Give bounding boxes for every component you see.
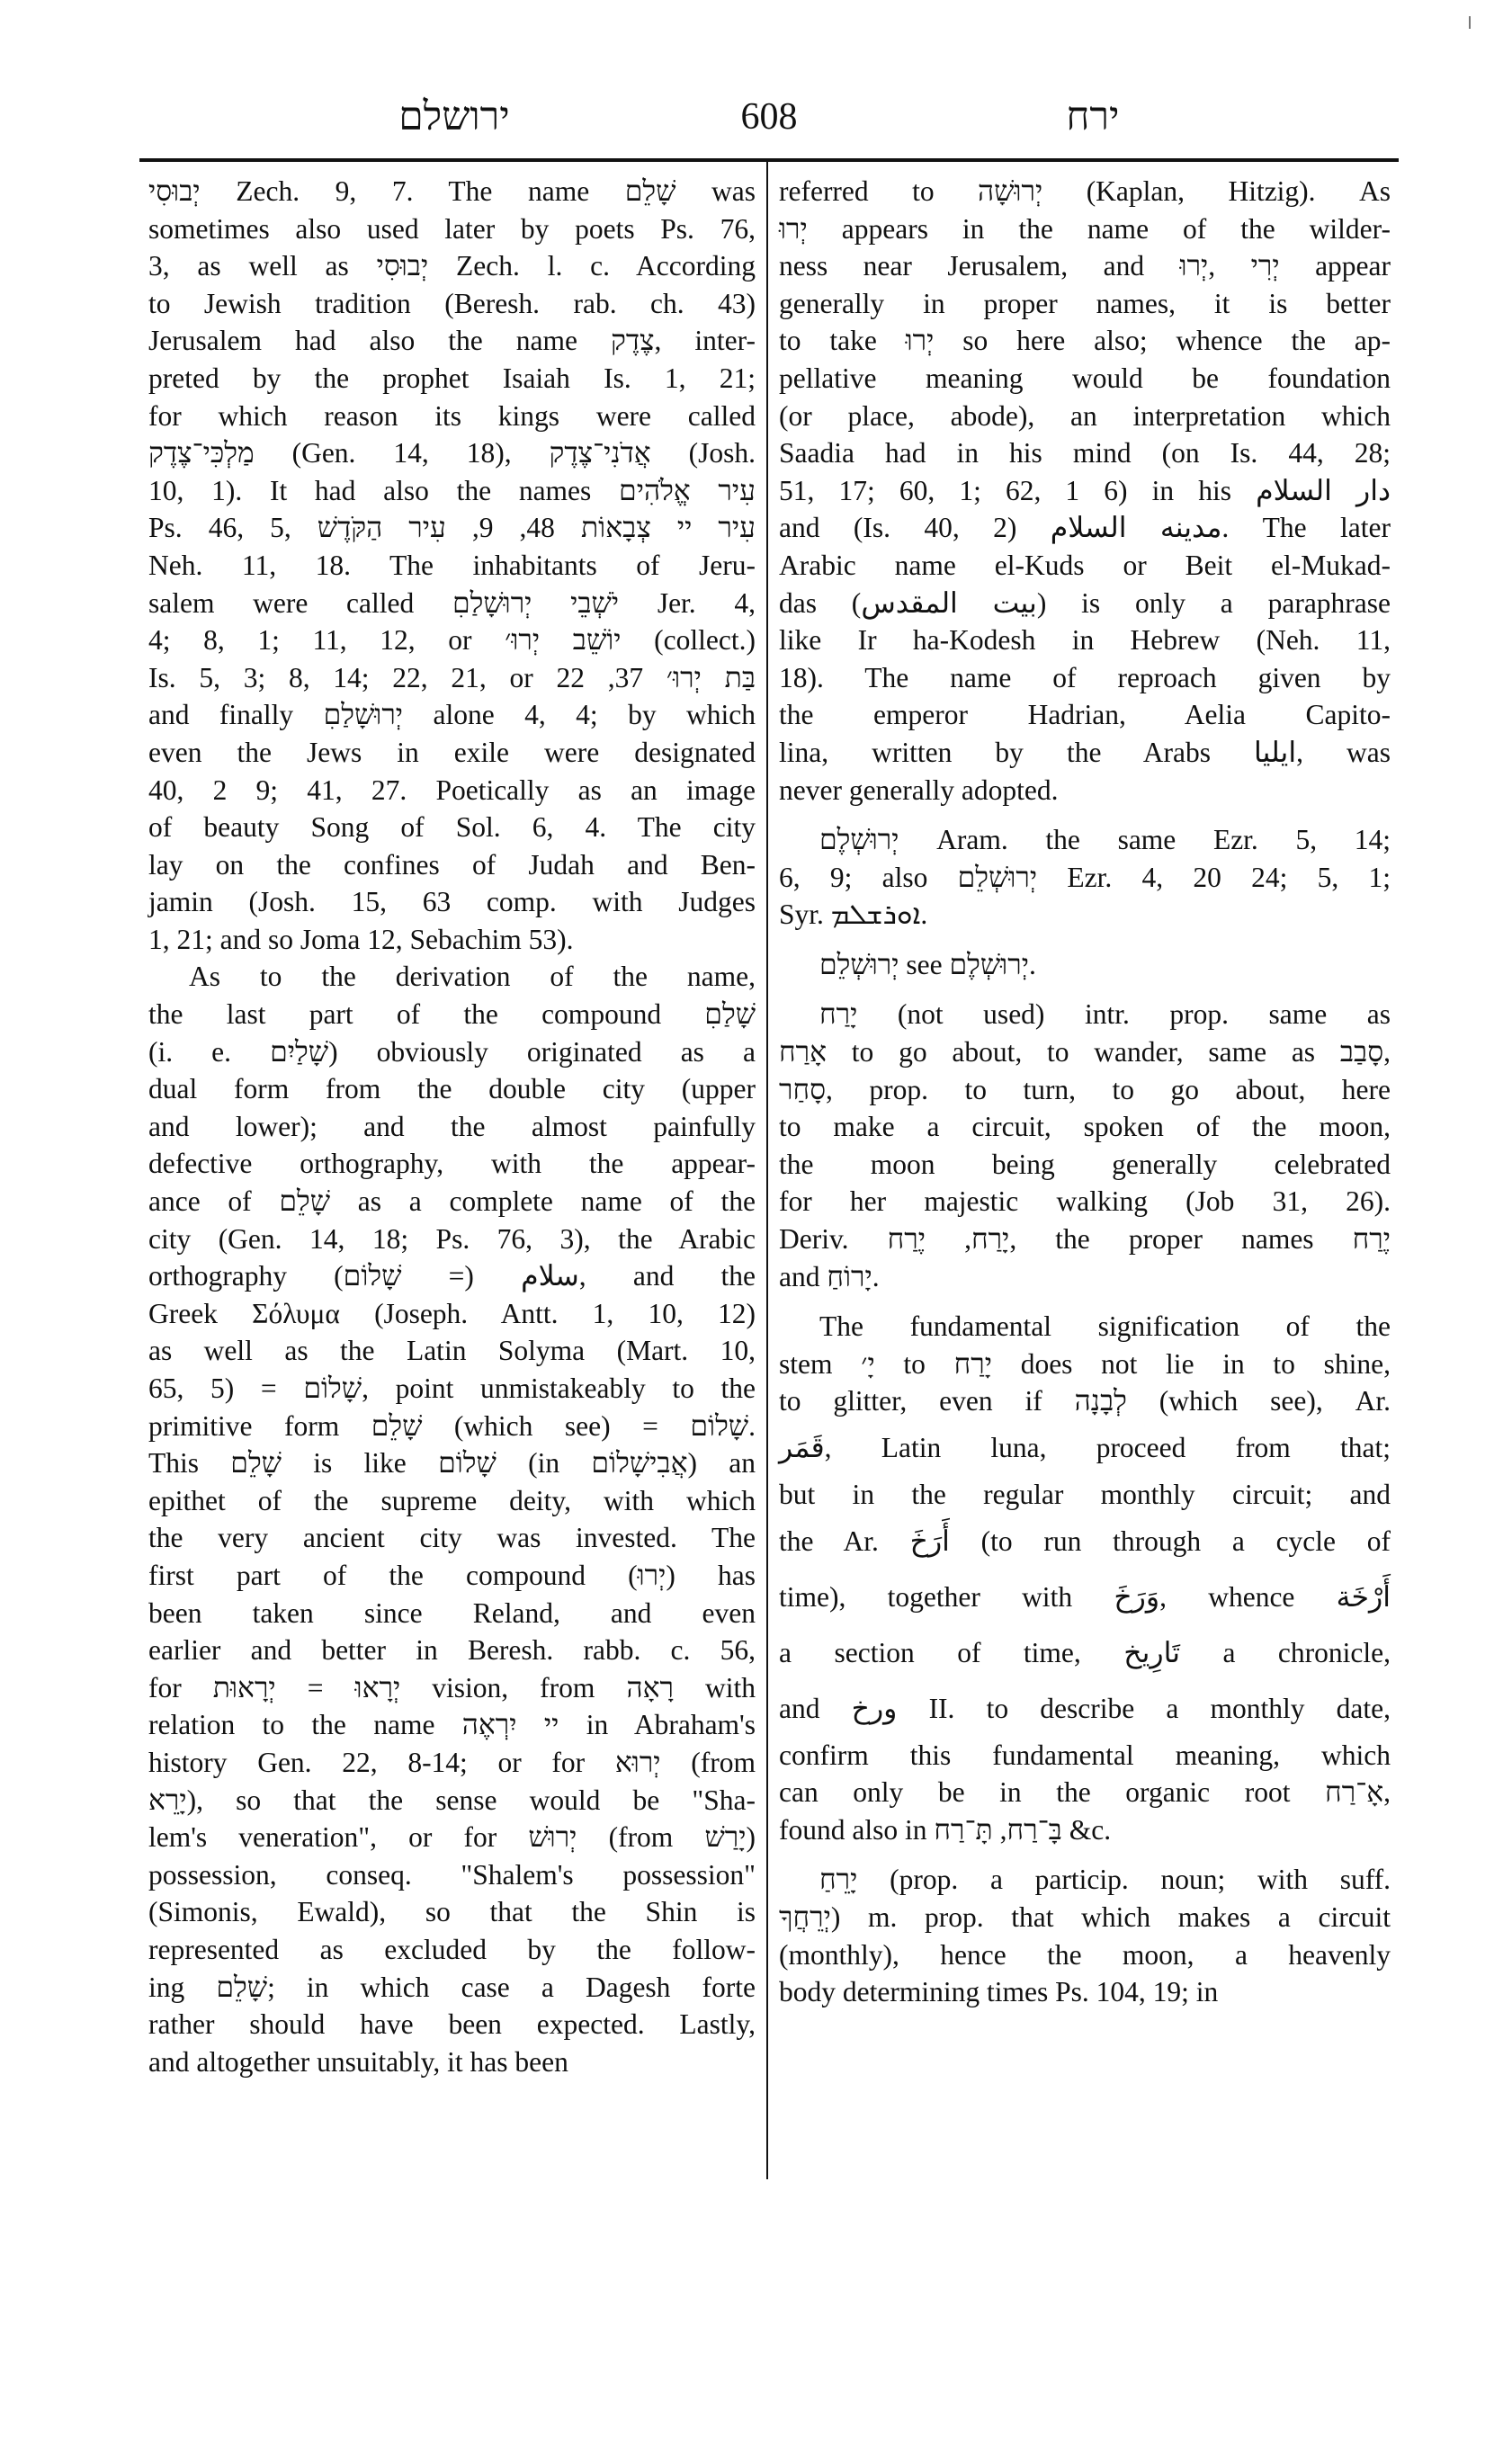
text-line: but in the regular monthly circuit; and [779, 1476, 1391, 1514]
text-line: time), together with وَرَخَ, whence أَرْ… [779, 1569, 1391, 1625]
text-line: (i. e. שָׁלַיִם) obviously originated as… [148, 1033, 756, 1071]
text-line: the moon being generally celebrated [779, 1146, 1391, 1184]
text-line: As to the derivation of the name, [148, 958, 756, 996]
text-line: Jerusalem had also the name צֶדֶק, inter… [148, 322, 756, 360]
text-line: יְבוּסִי Zech. 9, 7. The name שָׁלֵם was [148, 173, 756, 210]
text-line: body determining times Ps. 104, 19; in [779, 1973, 1391, 2011]
scan-speck [1469, 16, 1471, 29]
text-line: Neh. 11, 18. The inhabitants of Jeru- [148, 547, 756, 585]
text-line: lina, written by the Arabs ايليا, was [779, 734, 1391, 772]
text-line: represented as excluded by the follow- [148, 1931, 756, 1969]
right-running-headword: ירח [1039, 90, 1147, 144]
text-line: the emperor Hadrian, Aelia Capito- [779, 696, 1391, 734]
text-line: referred to יְרוּשָׁה (Kaplan, Hitzig). … [779, 173, 1391, 210]
text-line: the very ancient city was invested. The [148, 1519, 756, 1557]
text-line: סָחַר, prop. to turn, to go about, here [779, 1071, 1391, 1109]
header-rule [139, 158, 1399, 162]
text-line: ing שָׁלֵם; in which case a Dagesh forte [148, 1969, 756, 2007]
text-line: This שָׁלֵם is like שָׁלוֹם (in אֲבִישָׁ… [148, 1444, 756, 1482]
text-line: 3, as well as יְבוּסִי Zech. l. c. Accor… [148, 247, 756, 285]
text-line: like Ir ha-Kodesh in Hebrew (Neh. 11, [779, 621, 1391, 659]
text-line: relation to the name יי יִרְאֶה in Abrah… [148, 1706, 756, 1744]
text-line: jamin (Josh. 15, 63 comp. with Judges [148, 883, 756, 921]
text-line: Is. 5, 3; 8, 14; 22, 21, or בַּת יְרוּ׳ … [148, 659, 756, 697]
text-line: can only be in the organic root אָ־רַח, [779, 1774, 1391, 1811]
text-line: rather should have been expected. Lastly… [148, 2006, 756, 2043]
text-line: יְרוּשְׁלֶם Aram. the same Ezr. 5, 14; [779, 821, 1391, 859]
text-line: dual form from the double city (upper [148, 1070, 756, 1108]
text-line: a section of time, تَارِيخ a chronicle, [779, 1625, 1391, 1681]
text-line: 40, 2 9; 41, 27. Poetically as an image [148, 772, 756, 809]
text-line: and יָרוֹחַ. [779, 1258, 1391, 1296]
text-line: the last part of the compound שָׁלַםִ [148, 996, 756, 1033]
text-line: (or place, abode), an interpretation whi… [779, 398, 1391, 435]
text-line: Arabic name el-Kuds or Beit el-Mukad- [779, 547, 1391, 585]
text-line: city (Gen. 14, 18; Ps. 76, 3), the Arabi… [148, 1221, 756, 1258]
text-line: earlier and better in Beresh. rabb. c. 5… [148, 1632, 756, 1669]
text-line: history Gen. 22, 8-14; or for יְרוּא (fr… [148, 1744, 756, 1782]
text-line: Syr. ܐܘܪܫܠܡ. [779, 896, 1391, 934]
text-line: been taken since Reland, and even [148, 1595, 756, 1632]
text-line: orthography سلام (= שָׁלוֹם), and the [148, 1257, 756, 1295]
text-line: to Jewish tradition (Beresh. rab. ch. 43… [148, 285, 756, 323]
text-line: 18). The name of reproach given by [779, 659, 1391, 697]
text-line: 6, 9; also יְרוּשְׁלֵם Ezr. 4, 20 24; 5,… [779, 859, 1391, 897]
text-line: to make a circuit, spoken of the moon, [779, 1108, 1391, 1146]
text-line: יְרֵחֲךָ) m. prop. that which makes a ci… [779, 1899, 1391, 1936]
text-line: Greek Σόλυμα (Joseph. Antt. 1, 10, 12) [148, 1295, 756, 1333]
text-line: pellative meaning would be foundation [779, 360, 1391, 398]
text-line: and altogether unsuitably, it has been [148, 2043, 756, 2081]
text-line: primitive form שָׁלֵם (which see) = שָׁל… [148, 1408, 756, 1445]
text-line: the Ar. أَرَخَ (to run through a cycle o… [779, 1514, 1391, 1569]
text-line: das (بيت المقدس) is only a paraphrase [779, 585, 1391, 622]
left-running-headword: ירושלם [373, 90, 535, 144]
text-line: sometimes also used later by poets Ps. 7… [148, 210, 756, 248]
text-line: lem's veneration", or for יְרוּשׁ (from … [148, 1819, 756, 1856]
text-line: for her majestic walking (Job 31, 26). [779, 1183, 1391, 1221]
text-line: 65, 5) = שָׁלוֹם, point unmistakeably to… [148, 1370, 756, 1408]
text-line: even the Jews in exile were designated [148, 734, 756, 772]
text-line: as well as the Latin Solyma (Mart. 10, [148, 1332, 756, 1370]
text-line: Ps. 46, 5, עִיר יי צְבָאוֹת 48, 9, עִיר … [148, 509, 756, 547]
text-line: epithet of the supreme deity, with which [148, 1482, 756, 1520]
text-line: Deriv. יָרַח, יֶרַח, the proper names יֶ… [779, 1221, 1391, 1258]
text-line: יְרוּ appears in the name of the wilder- [779, 210, 1391, 248]
text-line: stem יָ׳ to יָרַח does not lie in to shi… [779, 1346, 1391, 1383]
text-line: to glitter, even if לְבָנָה (which see),… [779, 1382, 1391, 1420]
column-divider [766, 160, 768, 2179]
text-line: אָרַח to go about, to wander, same as סָ… [779, 1033, 1391, 1071]
text-line: and ورخ II. to describe a monthly date, [779, 1681, 1391, 1737]
text-line: and (Is. 40, 2) مدينه السلام. The later [779, 509, 1391, 547]
text-line: defective orthography, with the appear- [148, 1145, 756, 1183]
text-line: מַלְכִּי־צֶדֶק (Gen. 14, 18), אֲדֹנִי־צֶ… [148, 434, 756, 472]
text-line: יָרֵחַ (prop. a particip. noun; with suf… [779, 1861, 1391, 1899]
text-line: The fundamental signification of the [779, 1308, 1391, 1346]
text-line: 10, 1). It had also the names עִיר אֱלֹה… [148, 472, 756, 510]
text-line: and finally יְרוּשָׁלַםִ alone 4, 4; by … [148, 696, 756, 734]
text-line: 1, 21; and so Joma 12, Sebachim 53). [148, 921, 756, 959]
text-line: (monthly), hence the moon, a heavenly [779, 1936, 1391, 1974]
text-line: of beauty Song of Sol. 6, 4. The city [148, 809, 756, 846]
text-line: for יְרָאוּ = יְרָאוּת vision, from רָאָ… [148, 1669, 756, 1707]
text-line: יָרֵא), so that the sense would be "Sha- [148, 1782, 756, 1820]
text-line: and lower); and the almost painfully [148, 1108, 756, 1146]
text-line: lay on the confines of Judah and Ben- [148, 846, 756, 884]
text-line: قَمَر, Latin luna, proceed from that; [779, 1420, 1391, 1476]
text-line: found also in בָּ־רַח, תָּ־רַח &c. [779, 1811, 1391, 1849]
text-line: for which reason its kings were called [148, 398, 756, 435]
text-line: יְרוּשְׁלֵם see יְרוּשְׁלֶם. [779, 946, 1391, 984]
text-line: 4; 8, 1; 11, 12, or יוֹשֵׁב יְרוּ׳ (coll… [148, 621, 756, 659]
right-column: referred to יְרוּשָׁה (Kaplan, Hitzig). … [779, 173, 1391, 2011]
text-line: preted by the prophet Isaiah Is. 1, 21; [148, 360, 756, 398]
text-line: ance of שָׁלֵם as a complete name of the [148, 1183, 756, 1221]
text-line: (Simonis, Ewald), so that the Shin is [148, 1893, 756, 1931]
text-line: salem were called יֹשְׁבֵי יְרוּשָׁלַםִ … [148, 585, 756, 622]
text-line: ness near Jerusalem, and יְרִי ,יְרוּ ap… [779, 247, 1391, 285]
page-header: ירושלם 608 ירח [139, 83, 1399, 153]
text-line: first part of the compound (יְרוּ) has [148, 1557, 756, 1595]
text-line: possession, conseq. "Shalem's possession… [148, 1856, 756, 1894]
page-number: 608 [697, 90, 841, 144]
left-column: יְבוּסִי Zech. 9, 7. The name שָׁלֵם was… [148, 173, 756, 2080]
text-line: to take יְרוּ so here also; whence the a… [779, 322, 1391, 360]
text-line: 51, 17; 60, 1; 62, 1 6) in his دار السلا… [779, 472, 1391, 510]
text-line: יָרַח (not used) intr. prop. same as [779, 996, 1391, 1033]
text-line: Saadia had in his mind (on Is. 44, 28; [779, 434, 1391, 472]
text-line: confirm this fundamental meaning, which [779, 1737, 1391, 1775]
text-line: never generally adopted. [779, 772, 1391, 809]
text-line: generally in proper names, it is better [779, 285, 1391, 323]
